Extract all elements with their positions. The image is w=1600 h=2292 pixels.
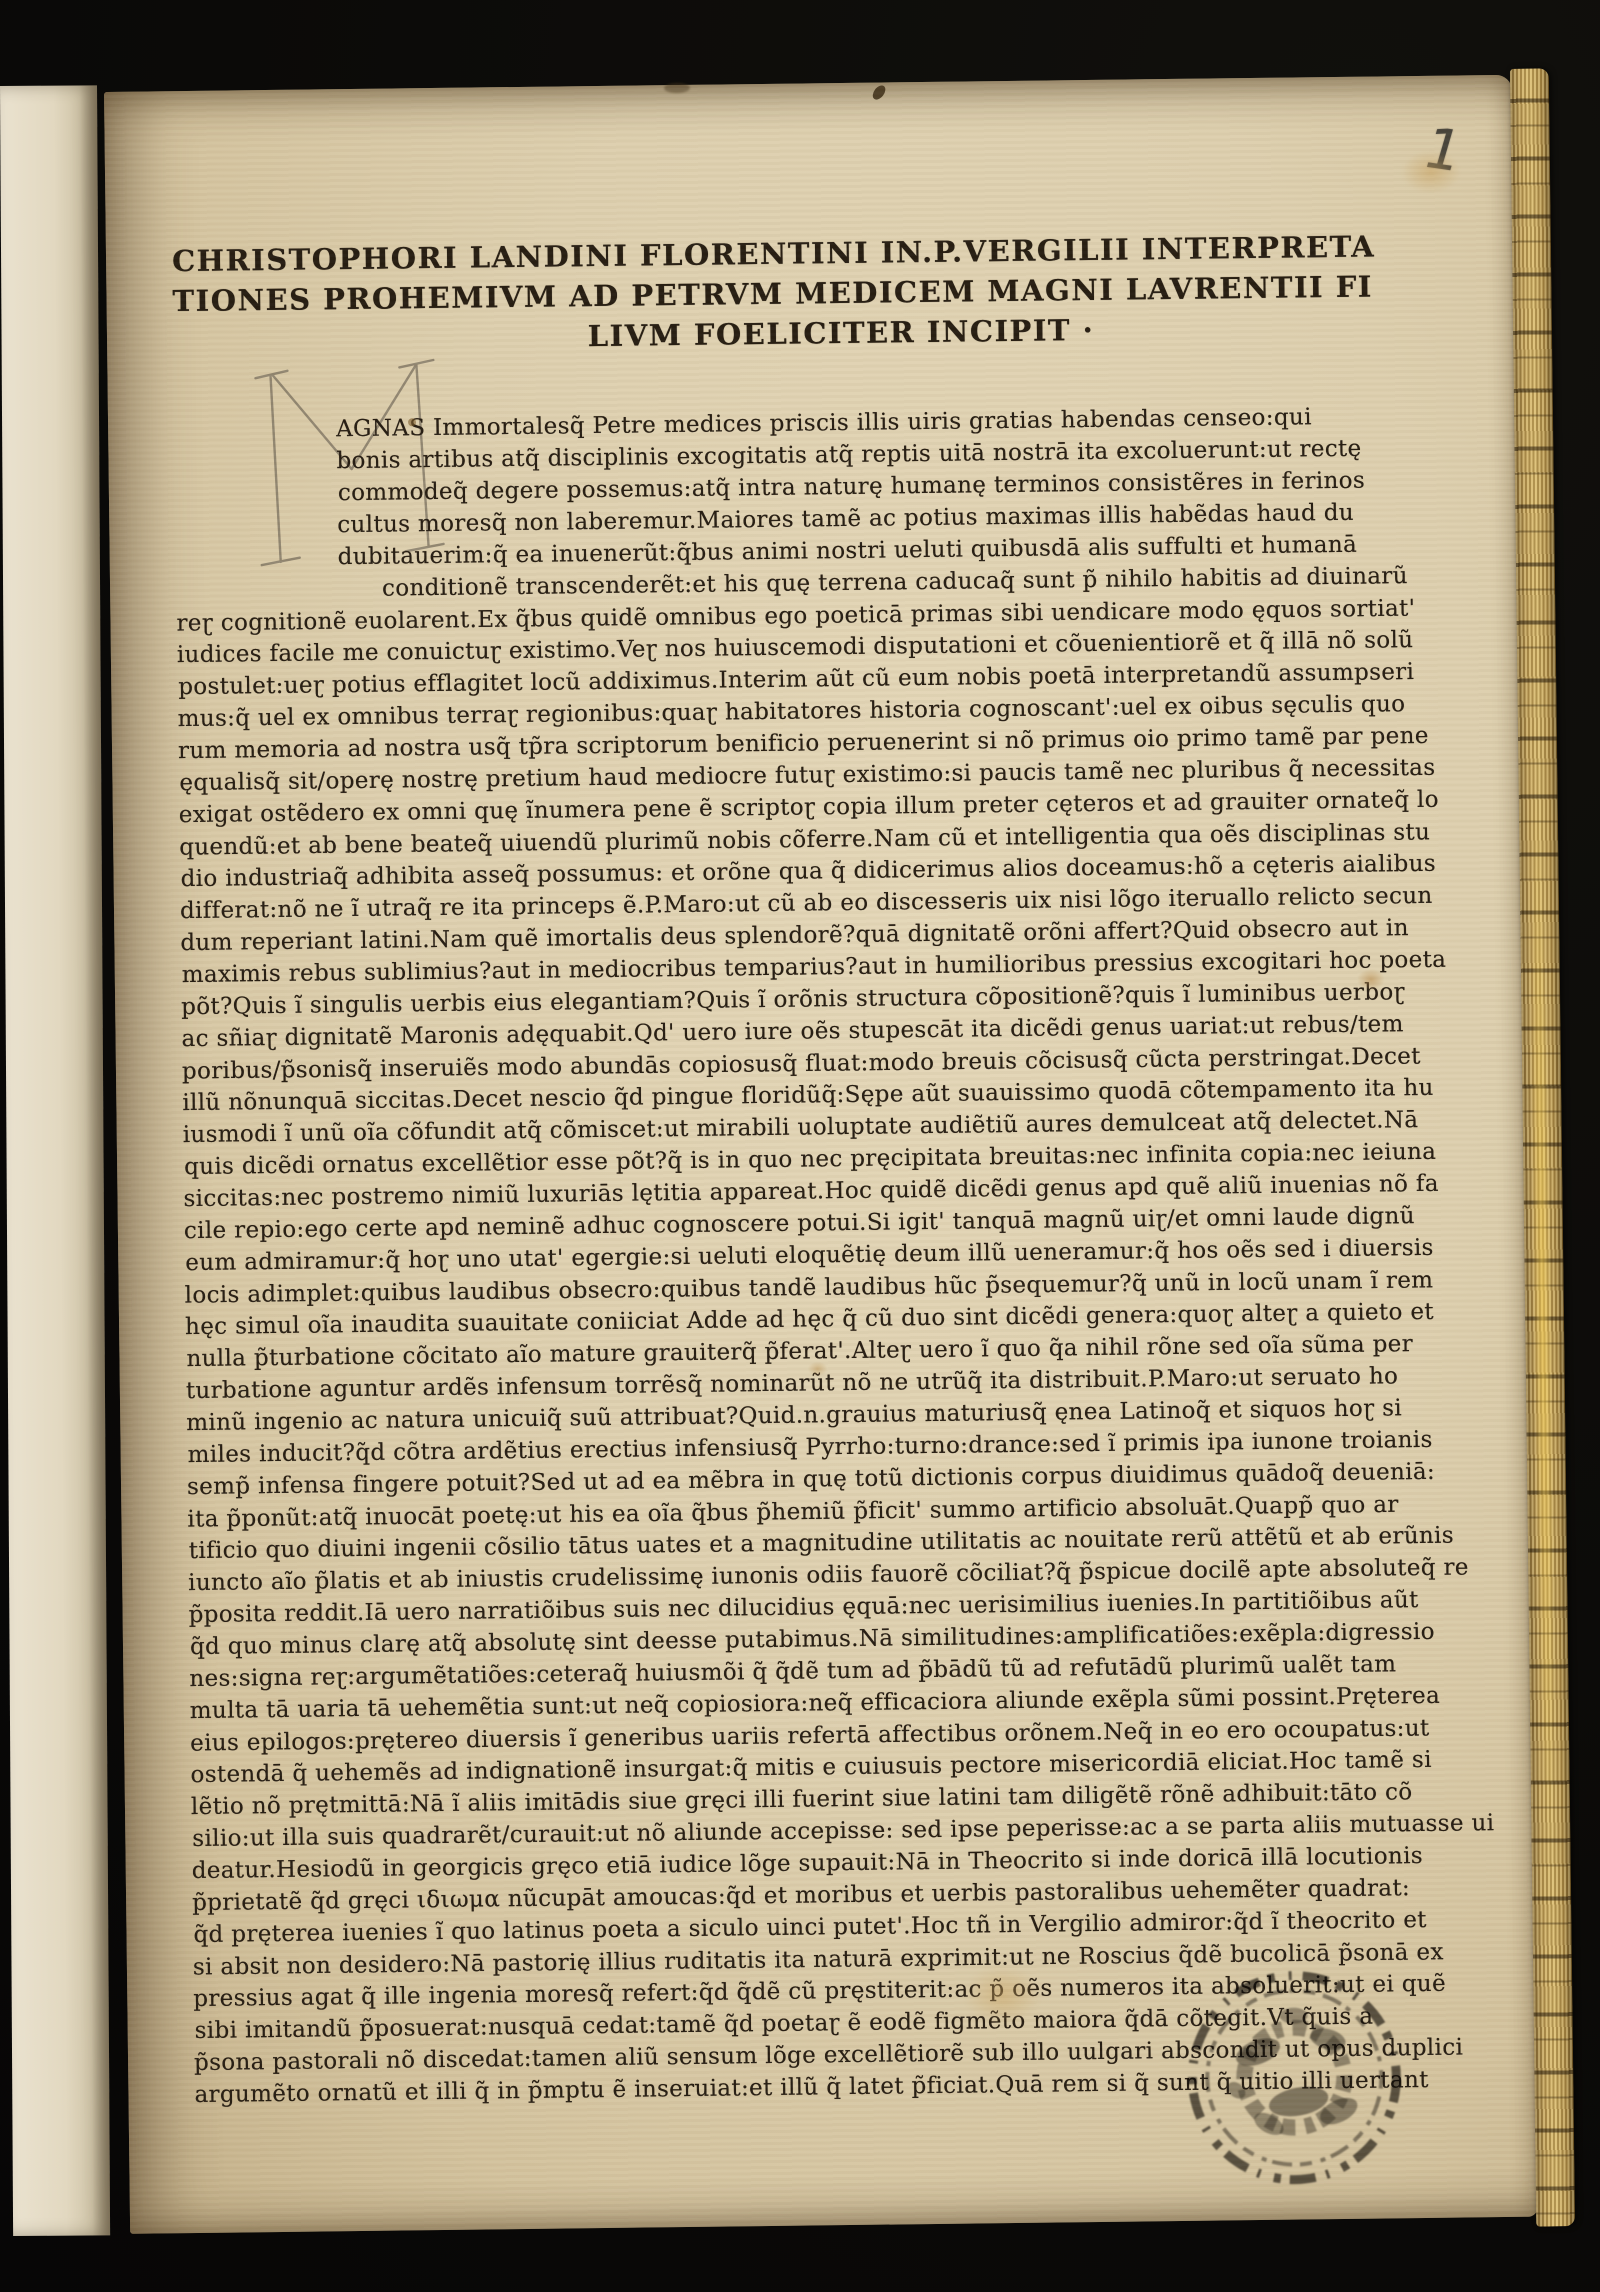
folio-number: 1 [1412,116,1494,202]
ink-stamp-icon [1175,1958,1414,2197]
edge-smudge [664,83,690,93]
ink-speck [870,83,888,102]
facing-page-edge [0,85,110,2236]
book-page: 1 CHRISTOPHORI LANDINI FLORENTINI IN.P.V… [104,75,1538,2234]
photo-backdrop: 1 CHRISTOPHORI LANDINI FLORENTINI IN.P.V… [0,0,1600,2292]
text-column: CHRISTOPHORI LANDINI FLORENTINI IN.P.VER… [172,225,1531,2111]
body-text-block: AGNAS Immortalesq̃ Petre medices priscis… [174,399,1531,2111]
